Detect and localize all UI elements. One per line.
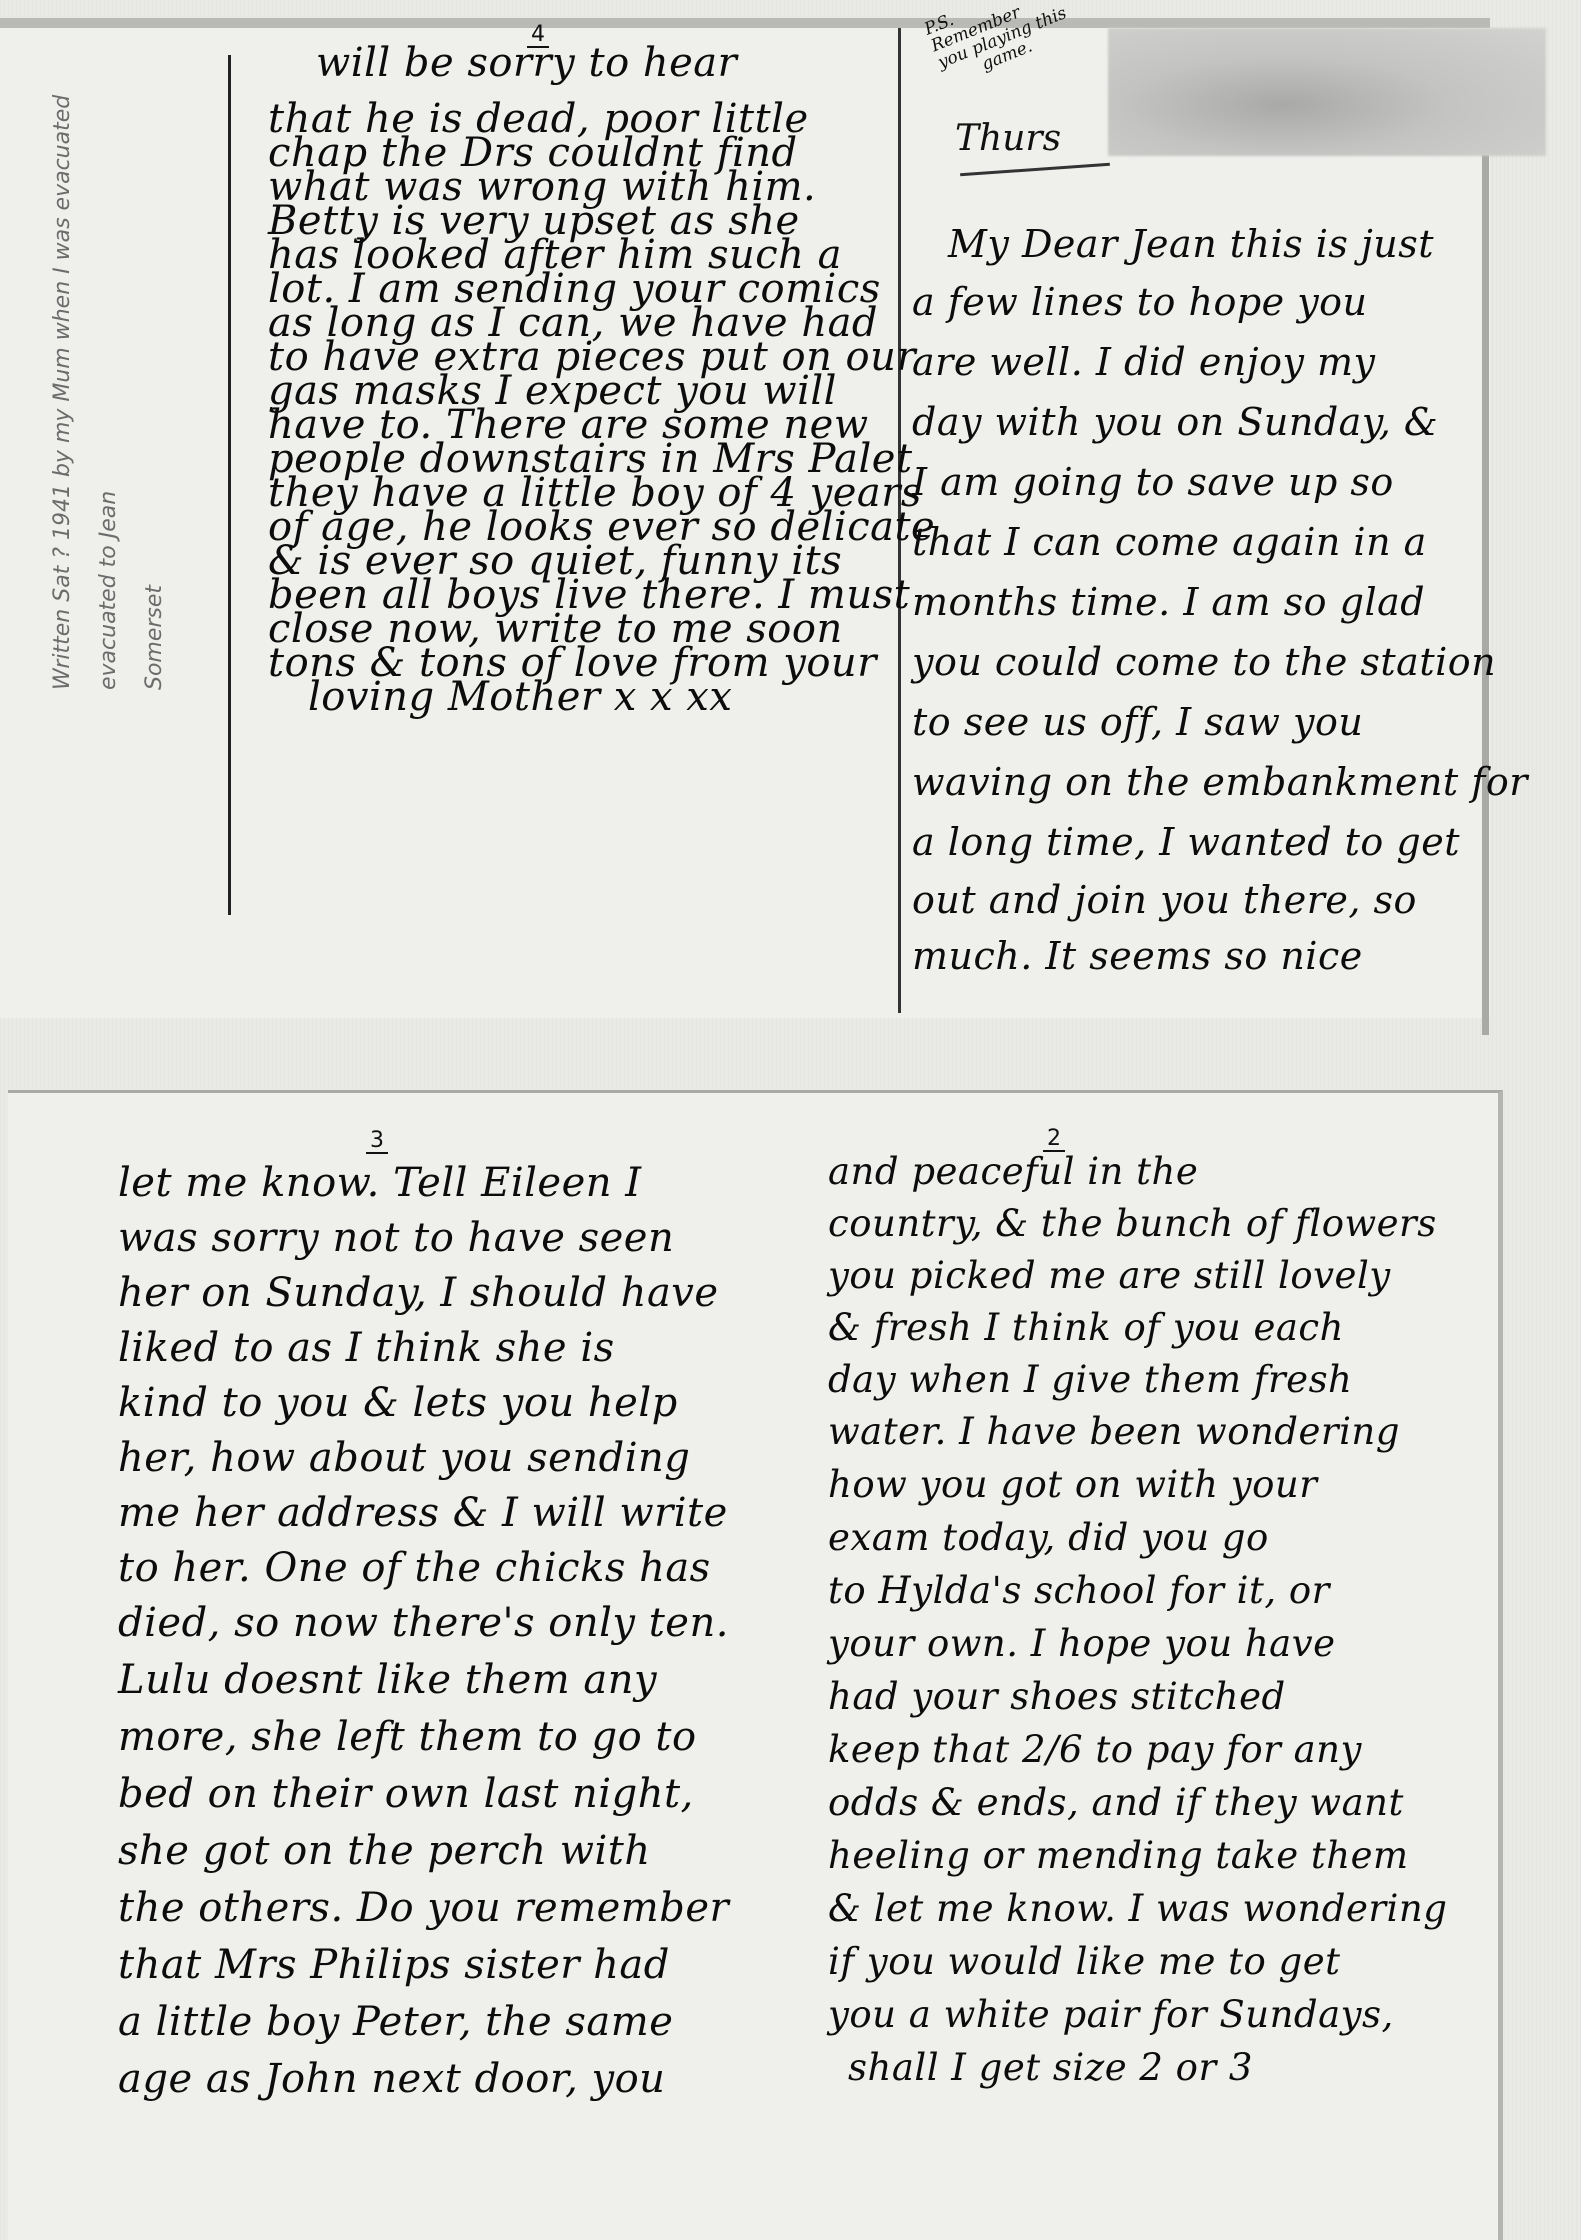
text-line: to Hylda's school for it, or — [828, 1569, 1330, 1612]
text-line: Lulu doesnt like them any — [118, 1657, 657, 1703]
text-line: loving Mother x x xx — [308, 674, 732, 720]
text-line: her on Sunday, I should have — [118, 1270, 719, 1316]
text-line: water. I have been wondering — [828, 1410, 1400, 1453]
text-line: liked to as I think she is — [118, 1325, 615, 1371]
text-line: & fresh I think of you each — [828, 1306, 1344, 1349]
text-line: she got on the perch with — [118, 1828, 651, 1874]
left-margin-rule — [228, 55, 231, 915]
text-line: you a white pair for Sundays, — [828, 1993, 1394, 2036]
text-line: shall I get size 2 or 3 — [848, 2046, 1253, 2089]
margin-note-line: evacuated to Jean — [86, 70, 132, 690]
text-line: the others. Do you remember — [118, 1885, 729, 1931]
text-line: more, she left them to go to — [118, 1714, 697, 1760]
text-line: & let me know. I was wondering — [828, 1887, 1447, 1930]
text-line: your own. I hope you have — [828, 1622, 1336, 1665]
text-line: day with you on Sunday, & — [912, 400, 1438, 444]
text-line: if you would like me to get — [828, 1940, 1340, 1983]
text-line: exam today, did you go — [828, 1516, 1269, 1559]
sheet-right-edge — [1482, 155, 1489, 1035]
page-number-2: 2 — [1043, 1128, 1065, 1152]
text-line: that Mrs Philips sister had — [118, 1942, 670, 1988]
margin-annotation: Written Sat ? 1941 by my Mum when I was … — [40, 70, 178, 690]
text-line: and peaceful in the — [828, 1150, 1198, 1193]
text-line: died, so now there's only ten. — [118, 1600, 729, 1646]
text-line: a long time, I wanted to get — [912, 820, 1460, 864]
text-line: to her. One of the chicks has — [118, 1545, 711, 1591]
text-line: you could come to the station — [912, 640, 1496, 684]
text-line: odds & ends, and if they want — [828, 1781, 1404, 1824]
margin-note-line: Written Sat ? 1941 by my Mum when I was … — [40, 70, 86, 690]
text-line: a little boy Peter, the same — [118, 1999, 673, 2045]
text-line: a few lines to hope you — [912, 280, 1368, 324]
text-line: out and join you there, so — [912, 878, 1417, 922]
text-line: age as John next door, you — [118, 2056, 665, 2102]
text-line: country, & the bunch of flowers — [828, 1202, 1437, 1245]
text-line: had your shoes stitched — [828, 1675, 1286, 1718]
text-line: to see us off, I saw you — [912, 700, 1363, 744]
text-line: that I can come again in a — [912, 520, 1427, 564]
redacted-area — [1108, 28, 1546, 156]
margin-note-line: Somerset — [132, 70, 178, 690]
text-line: let me know. Tell Eileen I — [118, 1160, 642, 1206]
text-line: are well. I did enjoy my — [912, 340, 1376, 384]
text-line: how you got on with your — [828, 1463, 1317, 1506]
text-line: kind to you & lets you help — [118, 1380, 678, 1426]
text-line: me her address & I will write — [118, 1490, 728, 1536]
text-line: was sorry not to have seen — [118, 1215, 674, 1261]
letter-date: Thurs — [955, 118, 1061, 159]
salutation-line: My Dear Jean this is just — [948, 222, 1434, 266]
text-line: will be sorry to hear — [316, 40, 737, 86]
text-line: bed on their own last night, — [118, 1771, 694, 1817]
text-line: much. It seems so nice — [912, 934, 1363, 978]
text-line: I am going to save up so — [912, 460, 1394, 504]
page-number-3: 3 — [366, 1130, 388, 1154]
text-line: her, how about you sending — [118, 1435, 690, 1481]
text-line: waving on the embankment for — [912, 760, 1528, 804]
text-line: heeling or mending take them — [828, 1834, 1409, 1877]
text-line: months time. I am so glad — [912, 580, 1425, 624]
text-line: keep that 2/6 to pay for any — [828, 1728, 1362, 1771]
text-line: you picked me are still lovely — [828, 1254, 1391, 1297]
text-line: day when I give them fresh — [828, 1358, 1352, 1401]
